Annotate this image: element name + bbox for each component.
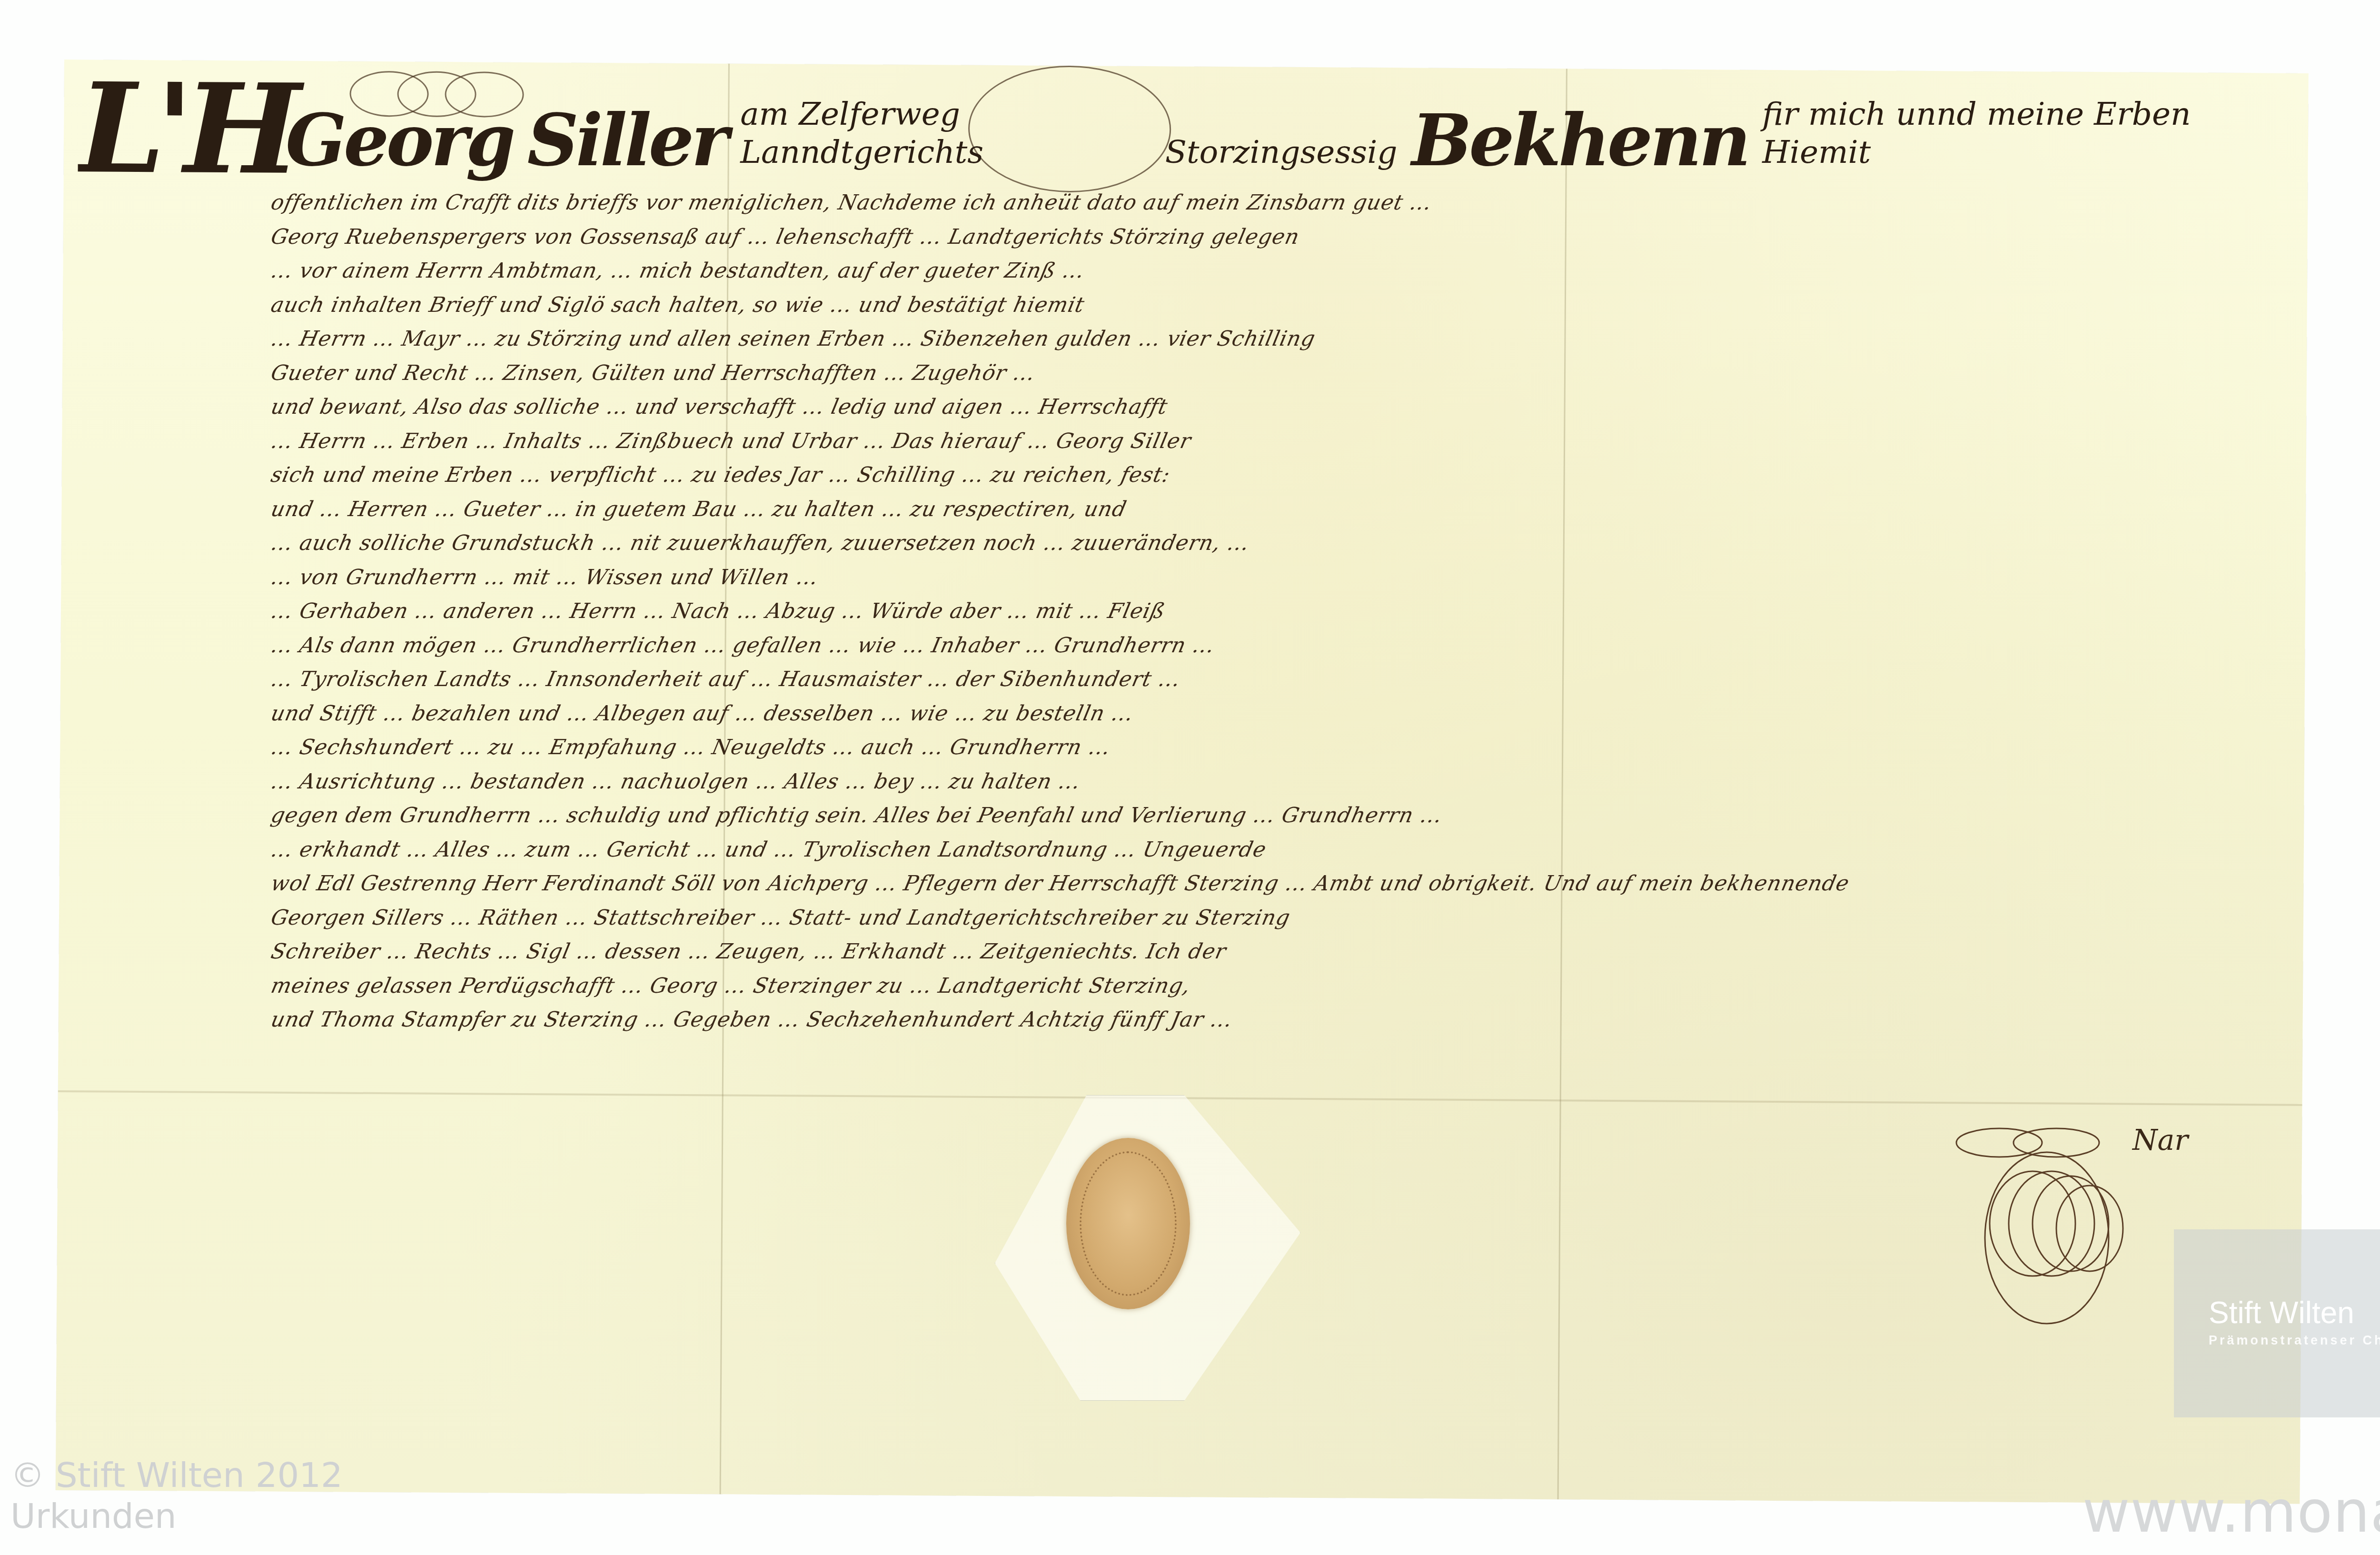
- text-line: Georg Ruebenspergers von Gossensaß auf .…: [268, 220, 2264, 254]
- text-line: meines gelassen Perdügschafft ... Georg …: [268, 969, 2264, 1003]
- text-line: gegen dem Grundherrn ... schuldig und pf…: [268, 798, 2264, 833]
- text-line: ... Sechshundert ... zu ... Empfahung ..…: [268, 730, 2264, 765]
- monasterium-url: www.monasterium.net: [2082, 1478, 2380, 1545]
- text-line: auch inhalten Brieff und Siglö sach halt…: [268, 288, 2264, 322]
- text-line: und Thoma Stampfer zu Sterzing ... Gegeb…: [268, 1003, 2264, 1037]
- wax-seal: [1066, 1138, 1190, 1309]
- heading-bekhenn: Bekhenn: [1412, 105, 1748, 176]
- text-line: ... Gerhaben ... anderen ... Herrn ... N…: [268, 594, 2264, 628]
- copyright-line-2: Urkunden: [10, 1495, 343, 1536]
- stift-wilten-subtitle: Prämonstratenser Chorherren: [2209, 1333, 2380, 1348]
- text-line: Gueter und Recht ... Zinsen, Gülten und …: [268, 356, 2264, 390]
- text-line: ... Tyrolischen Landts ... Innsonderheit…: [268, 662, 2264, 697]
- text-line: ... Herrn ... Mayr ... zu Störzing und a…: [268, 322, 2264, 356]
- charter-heading: Georg Siller am Zelferweg Lanndtgerichts…: [286, 90, 2237, 176]
- heading-name-last: Siller: [527, 105, 726, 176]
- seal-border: [1080, 1151, 1177, 1296]
- copyright-line-1: © Stift Wilten 2012: [10, 1455, 343, 1495]
- heading-continuation: fir mich unnd meine Erben Hiemit: [1762, 95, 2237, 176]
- signature-flourish-icon: Nar: [1918, 1114, 2204, 1343]
- text-line: und ... Herren ... Gueter ... in guetem …: [268, 492, 2264, 527]
- heading-location: am Zelferweg Lanndtgerichts: [740, 95, 1151, 176]
- text-line: ... Ausrichtung ... bestanden ... nachuo…: [268, 765, 2264, 799]
- text-line: offentlichen im Crafft dits brieffs vor …: [268, 186, 2264, 220]
- text-line: ... Als dann mögen ... Grundherrlichen .…: [268, 628, 2264, 663]
- text-line: ... von Grundherrn ... mit ... Wissen un…: [268, 560, 2264, 595]
- stift-wilten-title: Stift Wilten: [2209, 1295, 2354, 1330]
- text-line: wol Edl Gestrenng Herr Ferdinandt Söll v…: [268, 867, 2264, 901]
- text-line: ... auch solliche Grundstuckh ... nit zu…: [268, 526, 2264, 560]
- svg-text:Nar: Nar: [2132, 1124, 2190, 1157]
- text-line: und Stifft ... bezahlen und ... Albegen …: [268, 697, 2264, 731]
- text-line: sich und meine Erben ... verpflicht ... …: [268, 458, 2264, 492]
- text-line: ... vor ainem Herrn Ambtman, ... mich be…: [268, 254, 2264, 288]
- heading-name-first: Georg: [286, 105, 513, 176]
- text-line: Georgen Sillers ... Räthen ... Stattschr…: [268, 901, 2264, 935]
- charter-body-text: offentlichen im Crafft dits brieffs vor …: [271, 186, 2261, 1037]
- heading-court: Storzingsessig: [1165, 133, 1398, 176]
- text-line: ... Herrn ... Erben ... Inhalts ... Zinß…: [268, 424, 2264, 459]
- text-line: Schreiber ... Rechts ... Sigl ... dessen…: [268, 935, 2264, 969]
- copyright-notice: © Stift Wilten 2012 Urkunden: [10, 1455, 343, 1536]
- initials-text: L'H: [78, 69, 292, 202]
- text-line: ... erkhandt ... Alles ... zum ... Geric…: [268, 833, 2264, 867]
- text-line: und bewant, Also das solliche ... und ve…: [268, 390, 2264, 424]
